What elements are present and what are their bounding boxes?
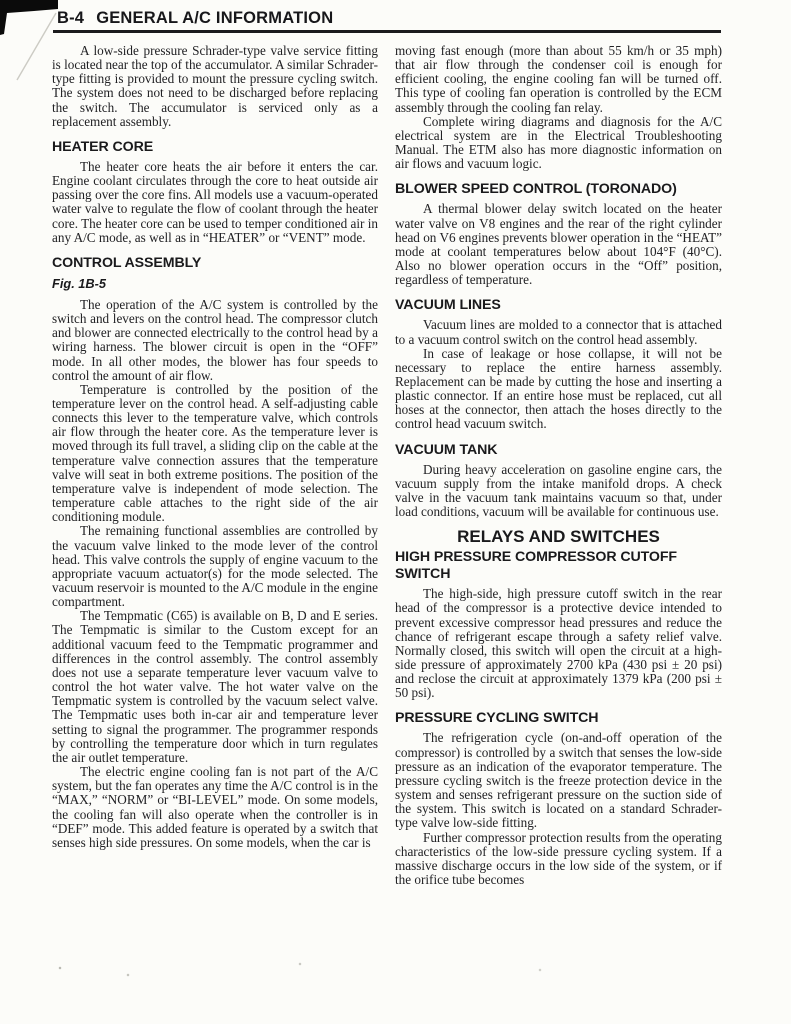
paragraph: The remaining functional assemblies are … — [52, 524, 378, 609]
paragraph: A thermal blower delay switch located on… — [395, 202, 722, 287]
page-header: B-4GENERAL A/C INFORMATION — [57, 9, 725, 28]
section-heading: VACUUM LINES — [395, 297, 722, 314]
header-rule — [53, 30, 721, 33]
right-column: moving fast enough (more than about 55 k… — [395, 44, 722, 887]
paragraph: Further compressor protection results fr… — [395, 831, 722, 888]
paragraph: Complete wiring diagrams and diagnosis f… — [395, 115, 722, 172]
paragraph: The electric engine cooling fan is not p… — [52, 765, 378, 850]
section-heading: BLOWER SPEED CONTROL (TORONADO) — [395, 181, 722, 198]
paragraph: The Tempmatic (C65) is available on B, D… — [52, 609, 378, 765]
page-title: GENERAL A/C INFORMATION — [96, 9, 333, 27]
paragraph: During heavy acceleration on gasoline en… — [395, 463, 722, 520]
paragraph: The refrigeration cycle (on-and-off oper… — [395, 731, 722, 830]
paragraph-continuation: moving fast enough (more than about 55 k… — [395, 44, 722, 115]
paragraph: Temperature is controlled by the positio… — [52, 383, 378, 525]
figure-reference: Fig. 1B-5 — [52, 276, 378, 291]
manual-page: B-4GENERAL A/C INFORMATION A low-side pr… — [0, 0, 791, 1024]
section-heading: VACUUM TANK — [395, 442, 722, 459]
paragraph: Vacuum lines are molded to a connector t… — [395, 318, 722, 346]
page-number: B-4 — [57, 9, 84, 27]
section-heading: HIGH PRESSURE COMPRESSOR CUTOFF SWITCH — [395, 549, 722, 583]
section-heading: PRESSURE CYCLING SWITCH — [395, 710, 722, 727]
paragraph: The high-side, high pressure cutoff swit… — [395, 587, 722, 700]
paragraph: In case of leakage or hose collapse, it … — [395, 347, 722, 432]
left-column: A low-side pressure Schrader-type valve … — [52, 44, 378, 850]
section-heading: HEATER CORE — [52, 139, 378, 156]
paragraph: A low-side pressure Schrader-type valve … — [52, 44, 378, 129]
chapter-heading: RELAYS AND SWITCHES — [395, 527, 722, 547]
paragraph: The heater core heats the air before it … — [52, 160, 378, 245]
paragraph: The operation of the A/C system is contr… — [52, 298, 378, 383]
section-heading: CONTROL ASSEMBLY — [52, 255, 378, 272]
